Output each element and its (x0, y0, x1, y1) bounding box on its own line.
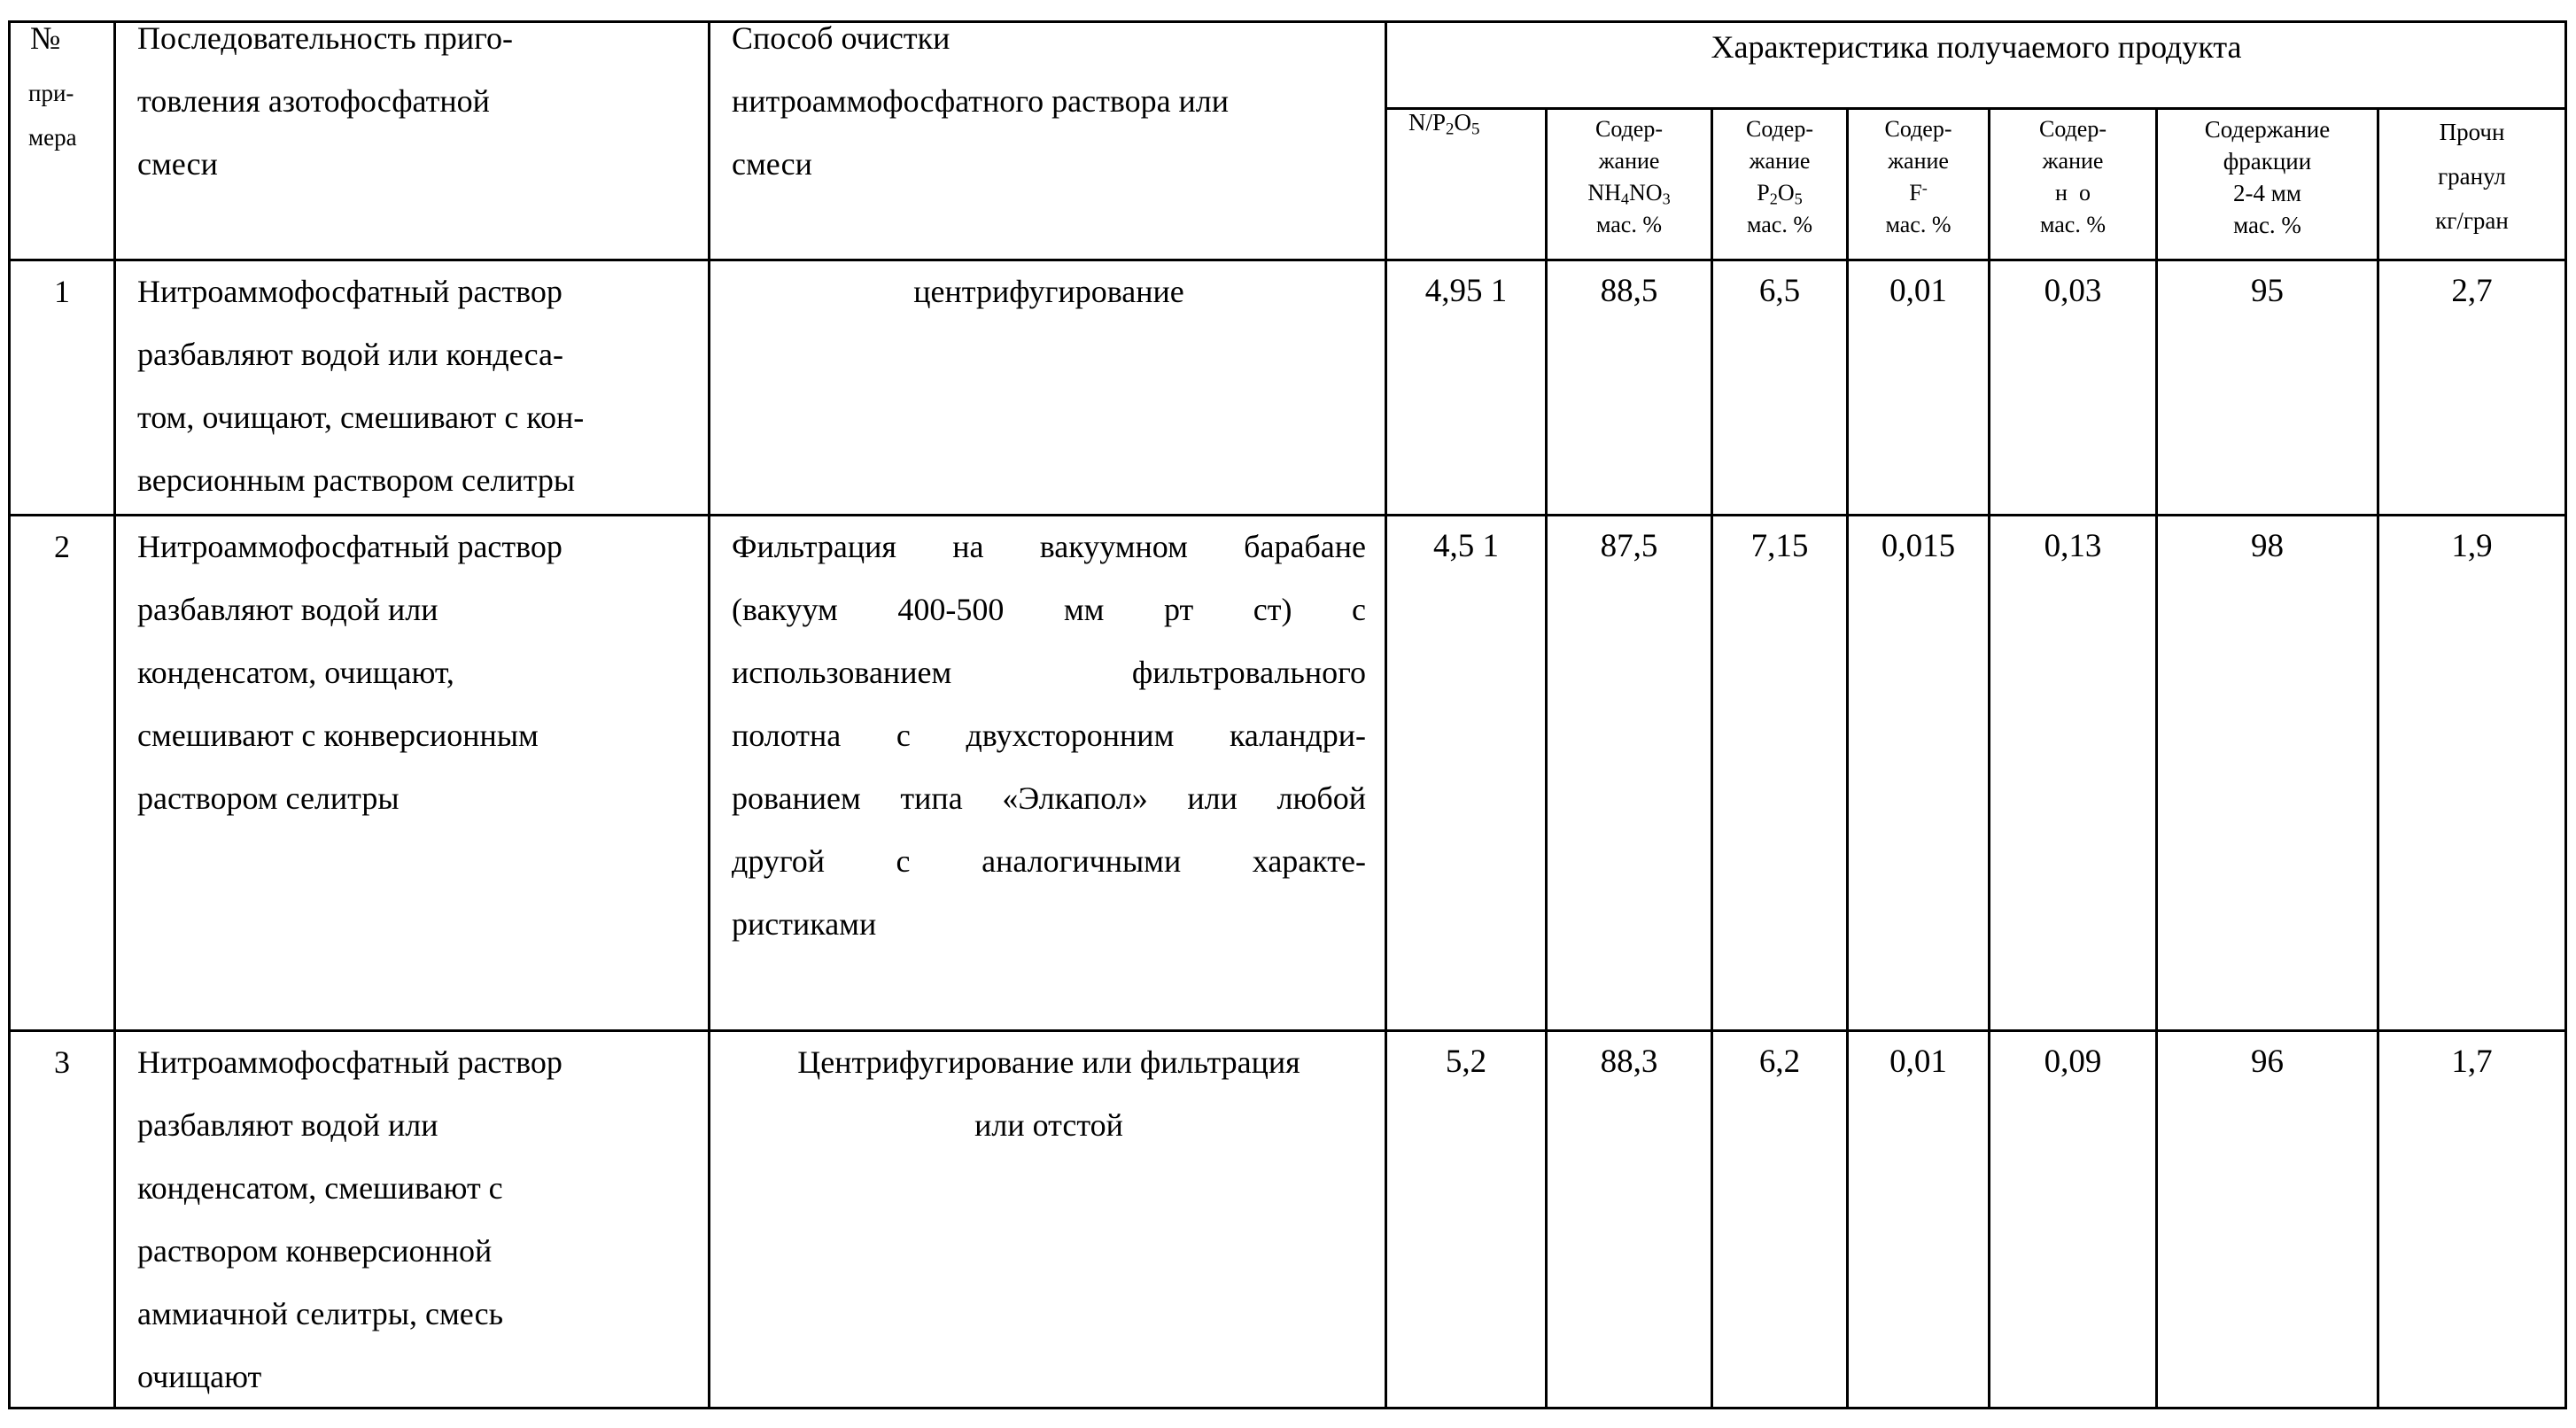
subheader-line: Прочн (2379, 110, 2564, 154)
header-sequence: Последовательность приго- товления азото… (137, 7, 695, 196)
subheader-line: жание (1849, 145, 1988, 177)
subheader-n-p2o5: N/P2O5 (1408, 105, 1541, 140)
formula-part: O (1778, 180, 1795, 206)
formula-part: O (1454, 109, 1471, 136)
col-divider-1 (113, 20, 116, 1409)
row-value: 6,5 (1713, 269, 1846, 314)
row-value: 6,2 (1713, 1040, 1846, 1084)
subheader-line: жание (1713, 145, 1846, 177)
row-sequence-line: смешивают с конверсионным (137, 704, 687, 767)
subheader-unit: мас. % (1849, 209, 1988, 241)
row-value: 0,03 (1990, 269, 2155, 314)
row-value: 0,09 (1990, 1040, 2155, 1084)
col-divider-2 (708, 20, 710, 1409)
row-sequence: Нитроаммофосфатный растворразбавляют вод… (137, 516, 687, 830)
subheader-line: фракции (2158, 145, 2377, 177)
subheader-line: жание (1990, 145, 2155, 177)
formula-part: F (1909, 180, 1921, 206)
subheader-line: н о (1990, 177, 2155, 209)
row-sequence-line: конденсатом, очищают, (137, 641, 687, 704)
row-method-line: рованием типа «Элкапол» или любой (732, 767, 1366, 830)
subheader-io: Содер- жание н о мас. % (1990, 113, 2155, 241)
subheader-nh4no3: Содер- жание NH4NO3 мас. % (1548, 113, 1711, 241)
subheader-line: Содер- (1849, 113, 1988, 145)
header-method-line: нитроаммофосфатного раствора или (732, 70, 1378, 133)
header-num-symbol: № (16, 16, 109, 60)
row-method-line: другой с аналогичными характе- (732, 830, 1366, 893)
row-value: 0,015 (1849, 524, 1988, 569)
table-border-left (8, 20, 11, 1409)
row-value: 96 (2158, 1040, 2377, 1084)
row-value: 4,95 1 (1387, 269, 1545, 314)
header-method-line: Способ очистки (732, 7, 1378, 70)
row-sequence-line: аммиачной селитры, смесь (137, 1283, 687, 1346)
subheader-unit: мас. % (1990, 209, 2155, 241)
formula-sup: - (1922, 179, 1928, 197)
row-value: 95 (2158, 269, 2377, 314)
subheader-unit: мас. % (1713, 209, 1846, 241)
subheader-line: Содер- (1548, 113, 1711, 145)
row-sequence-line: раствором селитры (137, 767, 687, 830)
row-value: 88,5 (1548, 269, 1711, 314)
row-value: 2,7 (2379, 269, 2564, 314)
row-sequence-line: версионным раствором селитры (137, 449, 687, 512)
row-method-line: полотна с двухсторонним каландри- (732, 704, 1366, 767)
header-sequence-line: смеси (137, 133, 695, 196)
formula-sub: 2 (1770, 190, 1778, 208)
subheader-formula: F- (1849, 177, 1988, 209)
row-sequence: Нитроаммофосфатный растворразбавляют вод… (137, 1031, 687, 1409)
row-sequence-line: конденсатом, смешивают с (137, 1157, 687, 1220)
row-value: 1,7 (2379, 1040, 2564, 1084)
header-sequence-line: товления азотофосфатной (137, 70, 695, 133)
header-num-line2: при- (16, 71, 109, 115)
row-sequence-line: разбавляют водой или (137, 1094, 687, 1157)
subheader-line: Содер- (1990, 113, 2155, 145)
subheader-line: жание (1548, 145, 1711, 177)
header-characteristics: Характеристика получаемого продукта (1387, 25, 2565, 69)
table-border-right (2564, 20, 2567, 1409)
formula-sub: 5 (1471, 120, 1479, 139)
row-sequence-line: том, очищают, смешивают с кон- (137, 386, 687, 449)
subheader-line: кг/гран (2379, 198, 2564, 243)
row-method-line: центрифугирование (732, 260, 1366, 323)
row-method-line: Фильтрация на вакуумном барабане (732, 516, 1366, 578)
row-value: 88,3 (1548, 1040, 1711, 1084)
subheader-line: Содержание (2158, 113, 2377, 145)
row-value: 87,5 (1548, 524, 1711, 569)
formula-part: NH (1587, 180, 1621, 206)
formula-sub: 3 (1663, 190, 1671, 208)
row-value: 5,2 (1387, 1040, 1545, 1084)
row-method-line: ристиками (732, 893, 1366, 956)
row-method-line: (вакуум 400-500 мм рт ст) с (732, 578, 1366, 641)
row-method: Фильтрация на вакуумном барабане(вакуум … (732, 516, 1366, 956)
col-divider-3 (1385, 20, 1387, 1409)
subheader-f: Содер- жание F- мас. % (1849, 113, 1988, 241)
row-value: 7,15 (1713, 524, 1846, 569)
row-sequence-line: раствором конверсионной (137, 1220, 687, 1283)
subheader-line: 2-4 мм (2158, 177, 2377, 209)
row-number: 3 (11, 1040, 113, 1084)
row-sequence-line: разбавляют водой или кондеса- (137, 323, 687, 386)
subheader-unit: мас. % (2158, 209, 2377, 241)
row-method-line: или отстой (732, 1094, 1366, 1157)
formula-sub: 5 (1795, 190, 1803, 208)
row-sequence-line: очищают (137, 1346, 687, 1409)
subheader-p2o5: Содер- жание P2O5 мас. % (1713, 113, 1846, 241)
header-sequence-line: Последовательность приго- (137, 7, 695, 70)
subheader-fraction: Содержание фракции 2-4 мм мас. % (2158, 113, 2377, 241)
row-number: 1 (11, 269, 113, 314)
row-value: 1,9 (2379, 524, 2564, 569)
row-number: 2 (11, 524, 113, 569)
row-method: Центрифугирование или фильтрацияили отст… (732, 1031, 1366, 1157)
row-method-line: Центрифугирование или фильтрация (732, 1031, 1366, 1094)
subheader-line: Содер- (1713, 113, 1846, 145)
subheader-unit: мас. % (1548, 209, 1711, 241)
row-sequence-line: Нитроаммофосфатный раствор (137, 1031, 687, 1094)
row-sequence: Нитроаммофосфатный растворразбавляют вод… (137, 260, 687, 512)
formula-sub: 4 (1621, 190, 1629, 208)
row-method: центрифугирование (732, 260, 1366, 323)
header-num-line3: мера (16, 115, 109, 159)
row-value: 0,13 (1990, 524, 2155, 569)
formula-part: P (1757, 180, 1769, 206)
row-value: 0,01 (1849, 1040, 1988, 1084)
subheader-strength: Прочн гранул кг/гран (2379, 110, 2564, 243)
row-method-line: использованием фильтровального (732, 641, 1366, 704)
row-sequence-line: Нитроаммофосфатный раствор (137, 516, 687, 578)
row-sequence-line: разбавляют водой или (137, 578, 687, 641)
row-value: 4,5 1 (1387, 524, 1545, 569)
subheader-formula: P2O5 (1713, 177, 1846, 209)
subheader-line: гранул (2379, 154, 2564, 198)
header-num: № при- мера (16, 16, 109, 159)
formula-part: N/P (1408, 109, 1446, 136)
header-method-line: смеси (732, 133, 1378, 196)
formula-part: NO (1629, 180, 1663, 206)
row-value: 0,01 (1849, 269, 1988, 314)
row-sequence-line: Нитроаммофосфатный раствор (137, 260, 687, 323)
header-method: Способ очистки нитроаммофосфатного раств… (732, 7, 1378, 196)
row-value: 98 (2158, 524, 2377, 569)
subheader-formula: NH4NO3 (1548, 177, 1711, 209)
